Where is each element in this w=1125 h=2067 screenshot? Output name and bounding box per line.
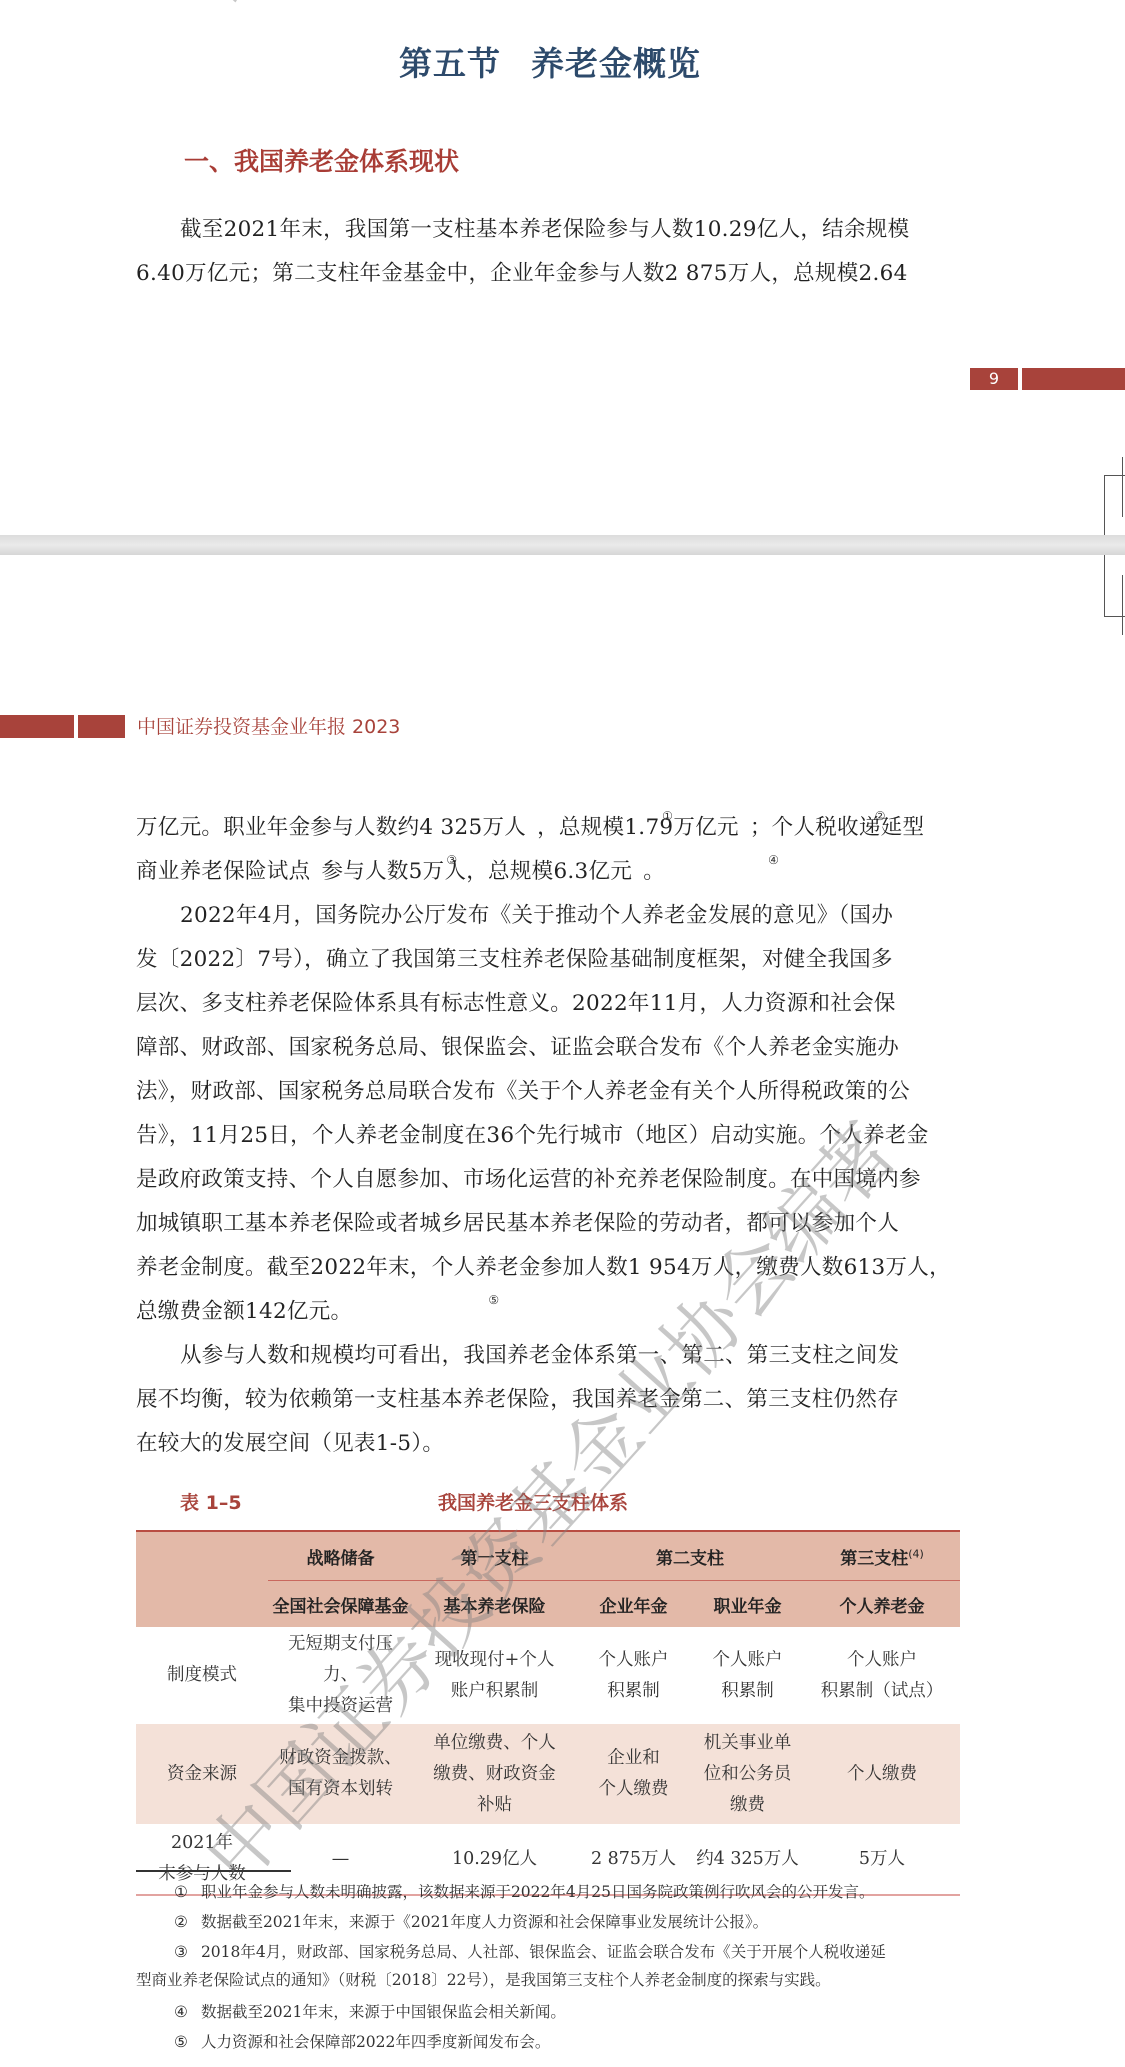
footnote-1: ① 职业年金参与人数未明确披露，该数据来源于2022年4月25日国务院政策例行吹…	[136, 1878, 966, 1906]
body-line: 层次、多支柱养老保险体系具有标志性意义。2022年11月，人力资源和社会保	[136, 982, 966, 1026]
table-header-cell: 基本养老保险	[413, 1581, 576, 1628]
footnote-rule	[136, 1870, 291, 1872]
running-header: 中国证券投资基金业年报 2023	[137, 712, 400, 739]
footnote-ref-2[interactable]: ②	[875, 809, 886, 823]
body-line: 从参与人数和规模均可看出，我国养老金体系第一、第二、第三支柱之间发	[136, 1334, 966, 1378]
table-header-cell: 职业年金	[691, 1581, 804, 1628]
table-caption: 表 1–5	[180, 1488, 242, 1515]
table-header-blank	[136, 1531, 268, 1581]
body-line: 障部、财政部、国家税务总局、银保监会、证监会联合发布《个人养老金实施办	[136, 1026, 966, 1070]
body-line: 2022年4月，国务院办公厅发布《关于推动个人养老金发展的意见》（国办	[136, 894, 966, 938]
table-header-cell: 企业年金	[576, 1581, 691, 1628]
page-number: 9	[970, 368, 1018, 390]
table-cell: 单位缴费、个人缴费、财政资金补贴	[413, 1724, 576, 1824]
body-line: 万亿元。职业年金参与人数约4 325万人①，总规模1.79万亿元②；个人税收递延…	[136, 806, 966, 850]
table-title: 我国养老金三支柱体系	[438, 1488, 628, 1515]
body-line: 展不均衡，较为依赖第一支柱基本养老保险，我国养老金第二、第三支柱仍然存	[136, 1378, 966, 1422]
footnote-ref-3[interactable]: ③	[446, 853, 457, 867]
body-line: 总缴费金额142亿元。⑤	[136, 1290, 966, 1334]
footnote-ref-5[interactable]: ⑤	[488, 1293, 499, 1307]
page-title: 第五节养老金概览	[0, 38, 1100, 85]
table-cell: 现收现付+个人账户积累制	[413, 1627, 576, 1724]
section-heading: 一、我国养老金体系现状	[184, 142, 459, 178]
table-cell: 无短期支付压力、集中投资运营	[268, 1627, 413, 1724]
table-row: 制度模式 无短期支付压力、集中投资运营 现收现付+个人账户积累制 个人账户积累制…	[136, 1627, 960, 1724]
table-header-cell: 第一支柱	[413, 1531, 576, 1581]
footnote-ref-4[interactable]: ④	[768, 853, 779, 867]
page-divider	[0, 535, 1125, 555]
table-header-cell: 个人养老金	[804, 1581, 960, 1628]
intro-paragraph: 截至2021年末，我国第一支柱基本养老保险参与人数10.29亿人，结余规模 6.…	[136, 208, 966, 296]
watermark-fragment: 中	[190, 0, 294, 28]
body-line: 法》，财政部、国家税务总局联合发布《关于个人养老金有关个人所得税政策的公	[136, 1070, 966, 1114]
table-cell: 个人账户积累制	[691, 1627, 804, 1724]
table-header-row: 全国社会保障基金 基本养老保险 企业年金 职业年金 个人养老金	[136, 1581, 960, 1628]
header-red-block-2	[78, 715, 125, 738]
table-header-cell: 第三支柱(4)	[804, 1531, 960, 1581]
intro-line-1: 截至2021年末，我国第一支柱基本养老保险参与人数10.29亿人，结余规模	[136, 208, 966, 252]
table-header-row: 战略储备 第一支柱 第二支柱 第三支柱(4)	[136, 1531, 960, 1581]
row-label: 资金来源	[136, 1724, 268, 1824]
page-title-text: 养老金概览	[531, 44, 701, 83]
table-header-cell: 全国社会保障基金	[268, 1581, 413, 1628]
intro-line-2: 6.40万亿元；第二支柱年金基金中，企业年金参与人数2 875万人，总规模2.6…	[136, 252, 966, 296]
footnote-2: ② 数据截至2021年末，来源于《2021年度人力资源和社会保障事业发展统计公报…	[136, 1908, 966, 1936]
table-cell: 机关事业单位和公务员缴费	[691, 1724, 804, 1824]
table-header-blank	[136, 1581, 268, 1628]
header-red-block-1	[0, 715, 74, 738]
body-line: 发〔2022〕7号），确立了我国第三支柱养老保险基础制度框架，对健全我国多	[136, 938, 966, 982]
page-number-bar	[1022, 368, 1125, 390]
body-line: 告》，11月25日，个人养老金制度在36个先行城市（地区）启动实施。个人养老金	[136, 1114, 966, 1158]
table-cell: 个人缴费	[804, 1724, 960, 1824]
table-row: 资金来源 财政资金拨款、国有资本划转 单位缴费、个人缴费、财政资金补贴 企业和个…	[136, 1724, 960, 1824]
body-line: 是政府政策支持、个人自愿参加、市场化运营的补充养老保险制度。在中国境内参	[136, 1158, 966, 1202]
page-title-section-number: 第五节	[399, 44, 501, 83]
table-header-cell: 战略储备	[268, 1531, 413, 1581]
table-cell: 财政资金拨款、国有资本划转	[268, 1724, 413, 1824]
table-header-cell: 第二支柱	[576, 1531, 804, 1581]
body-paragraphs: 万亿元。职业年金参与人数约4 325万人①，总规模1.79万亿元②；个人税收递延…	[136, 806, 966, 1466]
table-note-ref: (4)	[908, 1547, 924, 1560]
row-label: 制度模式	[136, 1627, 268, 1724]
body-line: 养老金制度。截至2022年末，个人养老金参加人数1 954万人，缴费人数613万…	[136, 1246, 966, 1290]
footnote-5: ⑤ 人力资源和社会保障部2022年四季度新闻发布会。	[136, 2028, 966, 2056]
footnote-ref-1[interactable]: ①	[662, 809, 673, 823]
body-line: 商业养老保险试点③参与人数5万人，总规模6.3亿元④。	[136, 850, 966, 894]
footnote-4: ④ 数据截至2021年末，来源于中国银保监会相关新闻。	[136, 1998, 966, 2026]
body-line: 加城镇职工基本养老保险或者城乡居民基本养老保险的劳动者，都可以参加个人	[136, 1202, 966, 1246]
table-cell: 个人账户积累制（试点）	[804, 1627, 960, 1724]
pension-pillars-table: 战略储备 第一支柱 第二支柱 第三支柱(4) 全国社会保障基金 基本养老保险 企…	[136, 1530, 960, 1896]
footnote-3: ③ 2018年4月，财政部、国家税务总局、人社部、银保监会、证监会联合发布《关于…	[136, 1938, 966, 1994]
body-line: 在较大的发展空间（见表1-5）。	[136, 1422, 966, 1466]
table-cell: 个人账户积累制	[576, 1627, 691, 1724]
table-cell: 企业和个人缴费	[576, 1724, 691, 1824]
